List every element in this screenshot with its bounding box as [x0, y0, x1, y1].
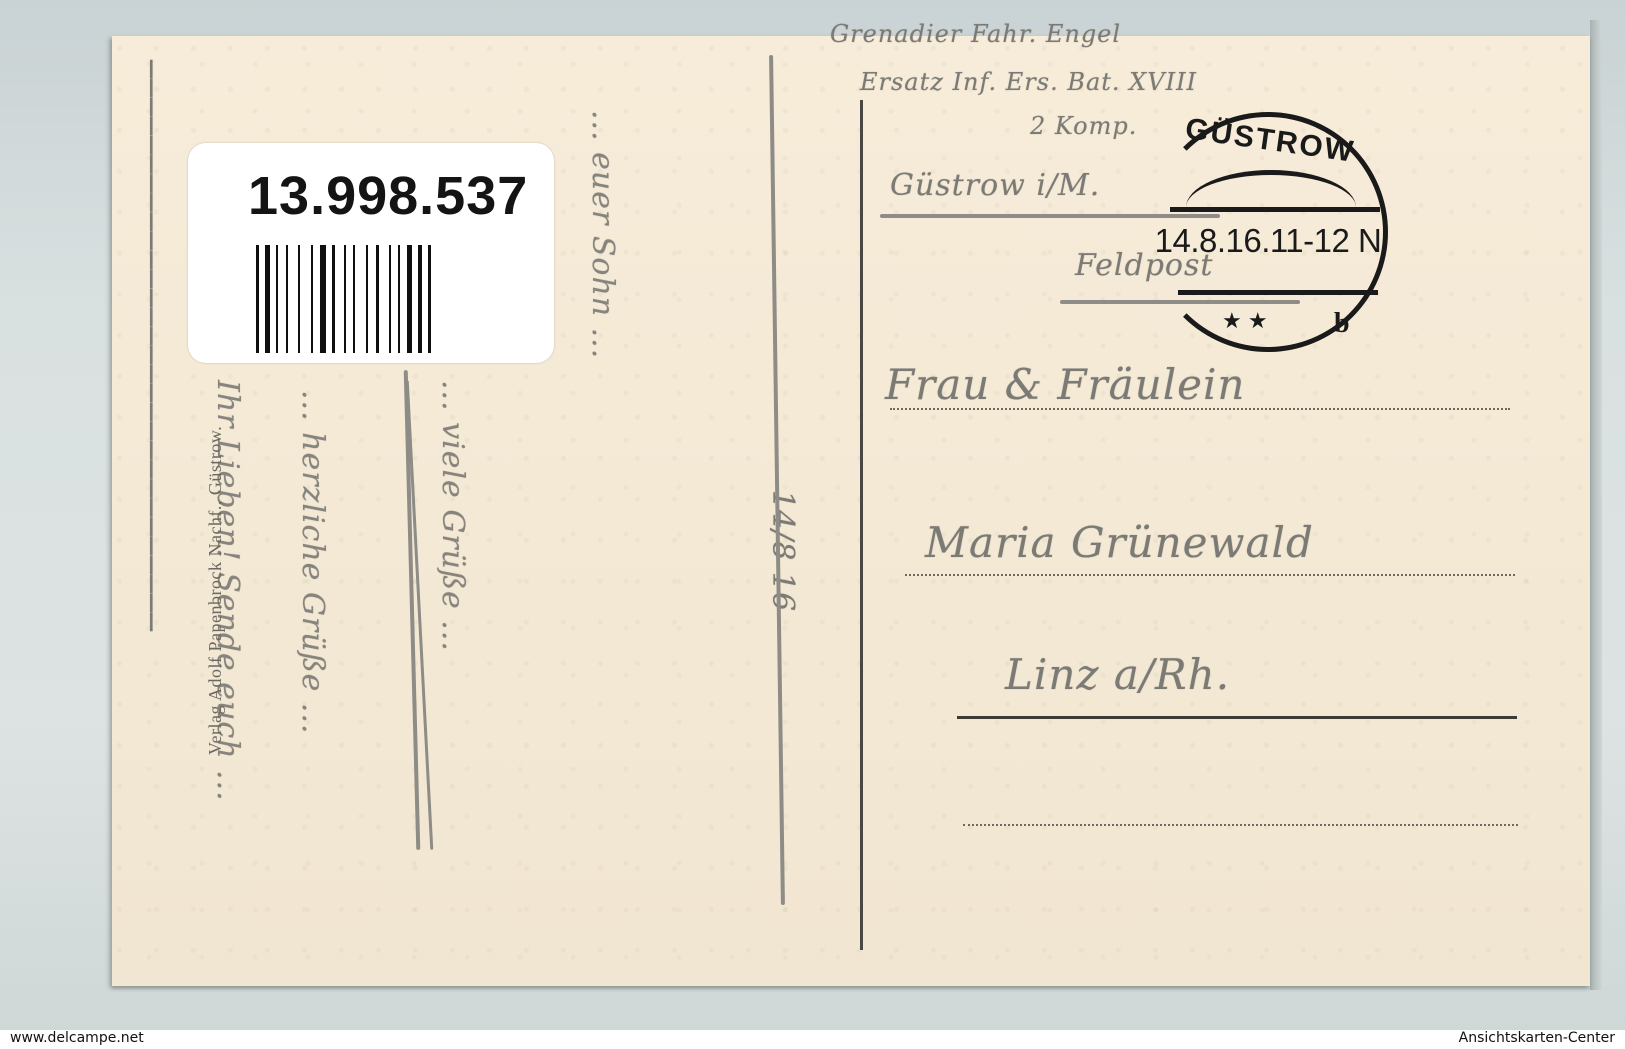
- address-rule: [905, 574, 1515, 576]
- barcode-bar: [320, 245, 326, 353]
- sender-line-3: 2 Komp.: [1030, 112, 1137, 140]
- message-text: ... viele Grüße ...: [435, 380, 470, 652]
- barcode-bar: [418, 245, 422, 353]
- barcode-bar: [286, 245, 288, 353]
- footer-seller: Ansichtskarten-Center: [1459, 1030, 1615, 1046]
- address-line-2: Maria Grünewald: [925, 518, 1314, 567]
- postmark: GÜSTROW 14.8.16.11-12 N ★ ★ b: [1148, 112, 1388, 352]
- sender-line-4: Güstrow i/M.: [890, 168, 1100, 203]
- barcode-bar: [344, 245, 346, 353]
- postmark-bar: [1178, 290, 1378, 295]
- barcode-bar: [428, 245, 431, 353]
- address-rule: [963, 824, 1518, 826]
- inventory-sticker: 13.998.537: [188, 143, 554, 363]
- barcode-bar: [311, 245, 313, 353]
- postmark-date: 14.8.16.11-12 N: [1148, 222, 1388, 260]
- address-divider-line: [860, 100, 863, 950]
- postmark-letter: b: [1334, 308, 1350, 340]
- barcode-bar: [376, 245, 379, 353]
- address-rule: [890, 408, 1510, 410]
- message-text: ... euer Sohn ...: [585, 110, 620, 359]
- message-text: ... herzliche Grüße ...: [295, 390, 330, 735]
- barcode-bar: [256, 245, 259, 353]
- sender-line-1: Grenadier Fahr. Engel: [830, 20, 1121, 48]
- postmark-bar: [1170, 207, 1380, 212]
- barcode-bar: [353, 245, 355, 353]
- address-line-3: Linz a/Rh.: [1005, 650, 1230, 699]
- message-date: 14/8 16: [765, 490, 800, 612]
- barcode-bar: [332, 245, 335, 353]
- barcode-bar: [265, 245, 270, 353]
- item-number: 13.998.537: [248, 165, 528, 227]
- barcode-icon: [256, 245, 511, 353]
- address-line-1: Frau & Fräulein: [885, 360, 1245, 409]
- sender-line-2: Ersatz Inf. Ers. Bat. XVIII: [860, 68, 1197, 96]
- message-column-1: ──────────────────────────────: [133, 60, 168, 632]
- barcode-bar: [407, 245, 412, 353]
- publisher-imprint: Verlag Adolf Papenbrock Nachf., Güstrow.: [205, 426, 226, 755]
- barcode-bar: [389, 245, 391, 353]
- barcode-bar: [398, 245, 400, 353]
- barcode-bar: [366, 245, 368, 353]
- address-rule: [957, 716, 1517, 719]
- footer-source: www.delcampe.net: [10, 1030, 144, 1046]
- barcode-bar: [298, 245, 300, 353]
- card-shadow: [1590, 20, 1602, 990]
- barcode-bar: [276, 245, 278, 353]
- star-icon: ★ ★: [1222, 308, 1268, 334]
